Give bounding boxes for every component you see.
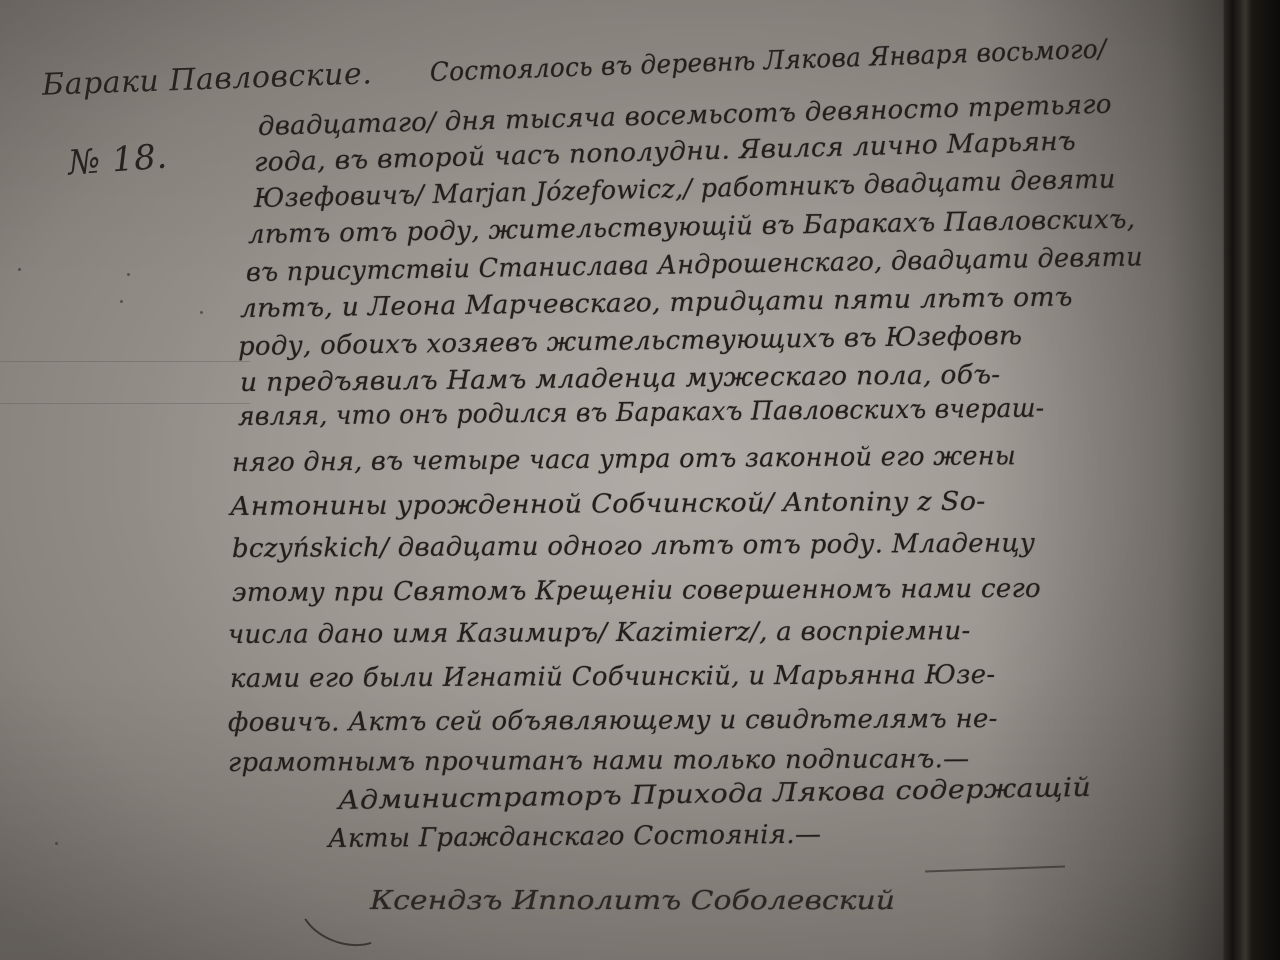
priest-signature: Ксендзъ Ипполитъ Соболевский <box>370 886 895 916</box>
paper-speck <box>120 300 123 303</box>
paper-speck <box>18 268 21 271</box>
record-line-15: числа дано имя Казимиръ/ Kazimierz/, а в… <box>228 616 971 650</box>
record-line-1: Состоялось въ деревнѣ Лякова Января вось… <box>429 34 1107 88</box>
record-line-9: и предъявилъ Намъ младенца мужескаго пол… <box>240 360 1001 398</box>
record-line-13: bczyńskich/ двадцати одного лѣтъ отъ род… <box>232 528 1035 564</box>
record-line-12: Антонины урожденной Собчинской/ Antoniny… <box>230 487 986 522</box>
ruled-line <box>0 403 250 404</box>
record-line-7: лѣтъ, и Леона Марчевскаго, тридцати пяти… <box>240 282 1073 324</box>
administrator-title-line-1: Администраторъ Прихода Лякова содержащій <box>338 773 1092 816</box>
book-binding <box>1224 0 1280 960</box>
margin-place-name: Бараки Павловские. <box>41 56 372 103</box>
record-line-5: лѣтъ отъ роду, жительствующій въ Бараках… <box>248 205 1136 250</box>
record-line-16: ками его были Игнатій Собчинскій, и Марь… <box>230 660 996 694</box>
record-line-8: роду, обоихъ хозяевъ жительствующихъ въ … <box>238 321 1023 362</box>
record-line-17: фовичъ. Актъ сей объявляющему и свидѣтел… <box>228 704 998 738</box>
ruled-line <box>0 361 250 362</box>
paper-speck <box>127 273 130 276</box>
record-line-10: являя, что онъ родился въ Баракахъ Павло… <box>238 394 1045 432</box>
ledger-page: Бараки Павловские. № 18. Состоялось въ д… <box>0 0 1228 960</box>
paper-speck <box>55 842 58 845</box>
record-line-11: няго дня, въ четыре часа утра отъ законн… <box>232 441 1016 478</box>
record-line-6: въ присутствіи Станислава Андрошенскаго,… <box>246 242 1143 288</box>
signature-underline <box>925 866 1065 873</box>
paper-speck <box>200 311 203 314</box>
administrator-title-line-2: Акты Гражданскаго Состоянія.— <box>328 820 821 854</box>
record-line-14: этому при Святомъ Крещеніи совершенномъ … <box>232 574 1041 608</box>
record-line-18: грамотнымъ прочитанъ нами только подписа… <box>228 744 970 778</box>
margin-act-number: № 18. <box>67 137 169 184</box>
document-photograph: Бараки Павловские. № 18. Состоялось въ д… <box>0 0 1280 960</box>
